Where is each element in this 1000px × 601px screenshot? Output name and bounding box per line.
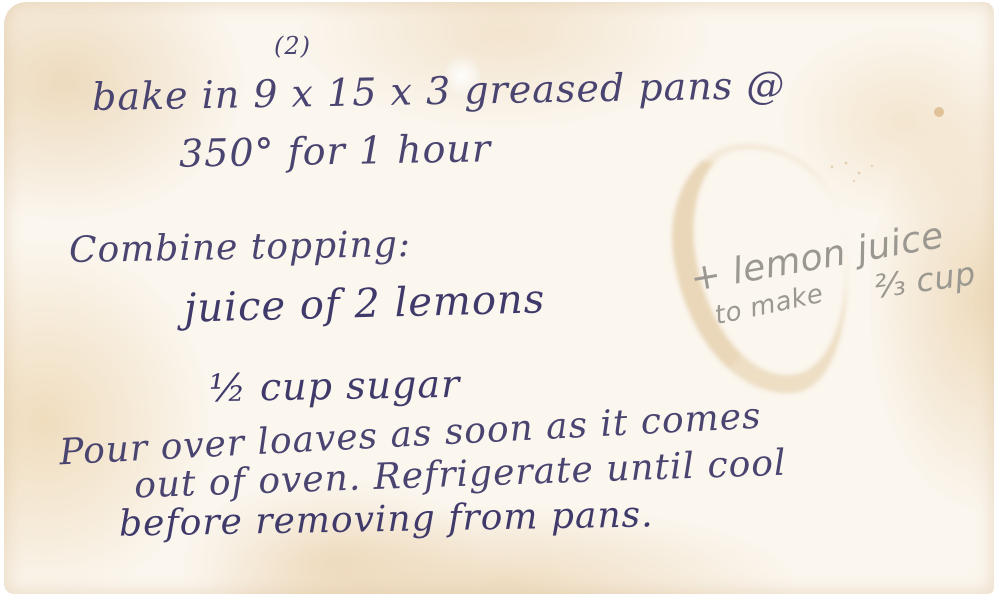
pour-instruction-line-3: before removing from pans. — [119, 497, 654, 542]
topping-heading: Combine topping: — [69, 227, 412, 269]
pan-count-note: (2) — [274, 34, 311, 58]
bake-time: 350° for 1 hour — [179, 129, 492, 172]
recipe-card: (2) bake in 9 x 15 x 3 greased pans @ 35… — [4, 2, 994, 594]
spot-stain — [934, 107, 944, 117]
topping-sugar: ½ cup sugar — [209, 365, 461, 407]
speckle-stain — [824, 157, 884, 187]
topping-juice: juice of 2 lemons — [184, 279, 546, 328]
bake-instruction: bake in 9 x 15 x 3 greased pans @ — [92, 66, 786, 116]
scanned-recipe-card: (2) bake in 9 x 15 x 3 greased pans @ 35… — [0, 0, 1000, 601]
